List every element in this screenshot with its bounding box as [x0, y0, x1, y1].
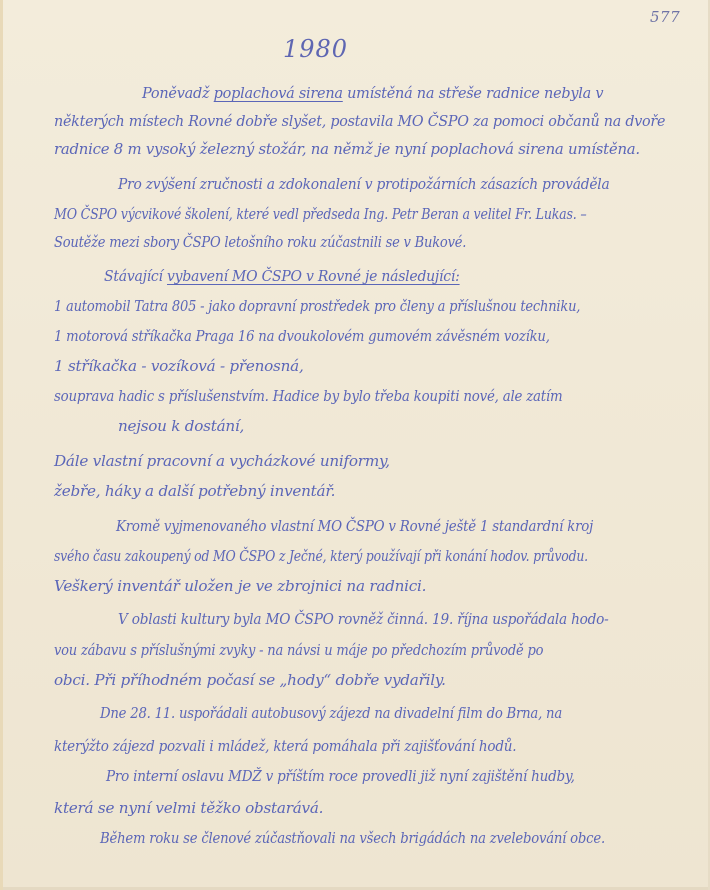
text-line: Pro interní oslavu MDŽ v příštím roce pr… — [106, 767, 575, 785]
text-line: Dne 28. 11. uspořádali autobusový zájezd… — [100, 704, 562, 722]
text-line: obci. Při příhodném počasí se „hody“ dob… — [54, 671, 446, 689]
text-line: Stávající vybavení MO ČSPO v Rovné je ná… — [104, 267, 460, 285]
text-line: V oblasti kultury byla MO ČSPO rovněž či… — [118, 610, 609, 628]
underlined-phrase: poplachová sirena — [214, 84, 343, 102]
year-heading: 1980 — [283, 35, 348, 63]
text-line: 1 motorová stříkačka Praga 16 na dvoukol… — [54, 327, 550, 345]
text-line: některých místech Rovné dobře slyšet, po… — [54, 112, 665, 130]
text-line: Pro zvýšení zručnosti a zdokonalení v pr… — [118, 175, 609, 193]
text-line: radnice 8 m vysoký železný stožár, na ně… — [54, 140, 640, 158]
text-line: kterýžto zájezd pozvali i mládež, která … — [54, 737, 516, 755]
text-line: Kromě vyjmenovaného vlastní MO ČSPO v Ro… — [116, 517, 593, 535]
text-line: MO ČSPO výcvikové školení, které vedl př… — [54, 205, 586, 223]
text-line: Soutěže mezi sbory ČSPO letošního roku z… — [54, 233, 466, 251]
text-line: Dále vlastní pracovní a vycházkové unifo… — [54, 452, 390, 470]
page-number: 577 — [650, 8, 680, 26]
text-line: žebře, háky a další potřebný inventář. — [54, 482, 335, 500]
text-line: 1 stříkačka - vozíková - přenosná, — [54, 357, 304, 375]
text-line: Poněvadž poplachová sirena umístěná na s… — [142, 84, 603, 102]
text-line: svého času zakoupený od MO ČSPO z Ječné,… — [54, 547, 588, 565]
text-line: která se nyní velmi těžko obstarává. — [54, 799, 323, 817]
text-line: 1 automobil Tatra 805 - jako dopravní pr… — [54, 297, 580, 315]
text-line: Během roku se členové zúčastňovali na vš… — [100, 829, 605, 847]
manuscript-page: 577 1980 Poněvadž poplachová sirena umís… — [0, 0, 710, 890]
text-line: Veškerý inventář uložen je ve zbrojnici … — [54, 577, 426, 595]
underlined-phrase: vybavení MO ČSPO v Rovné je následující: — [167, 267, 460, 285]
text-line: nejsou k dostání, — [118, 417, 244, 435]
text-line: vou zábavu s příslušnými zvyky - na návs… — [54, 641, 543, 659]
text-line: souprava hadic s příslušenstvím. Hadice … — [54, 387, 562, 405]
